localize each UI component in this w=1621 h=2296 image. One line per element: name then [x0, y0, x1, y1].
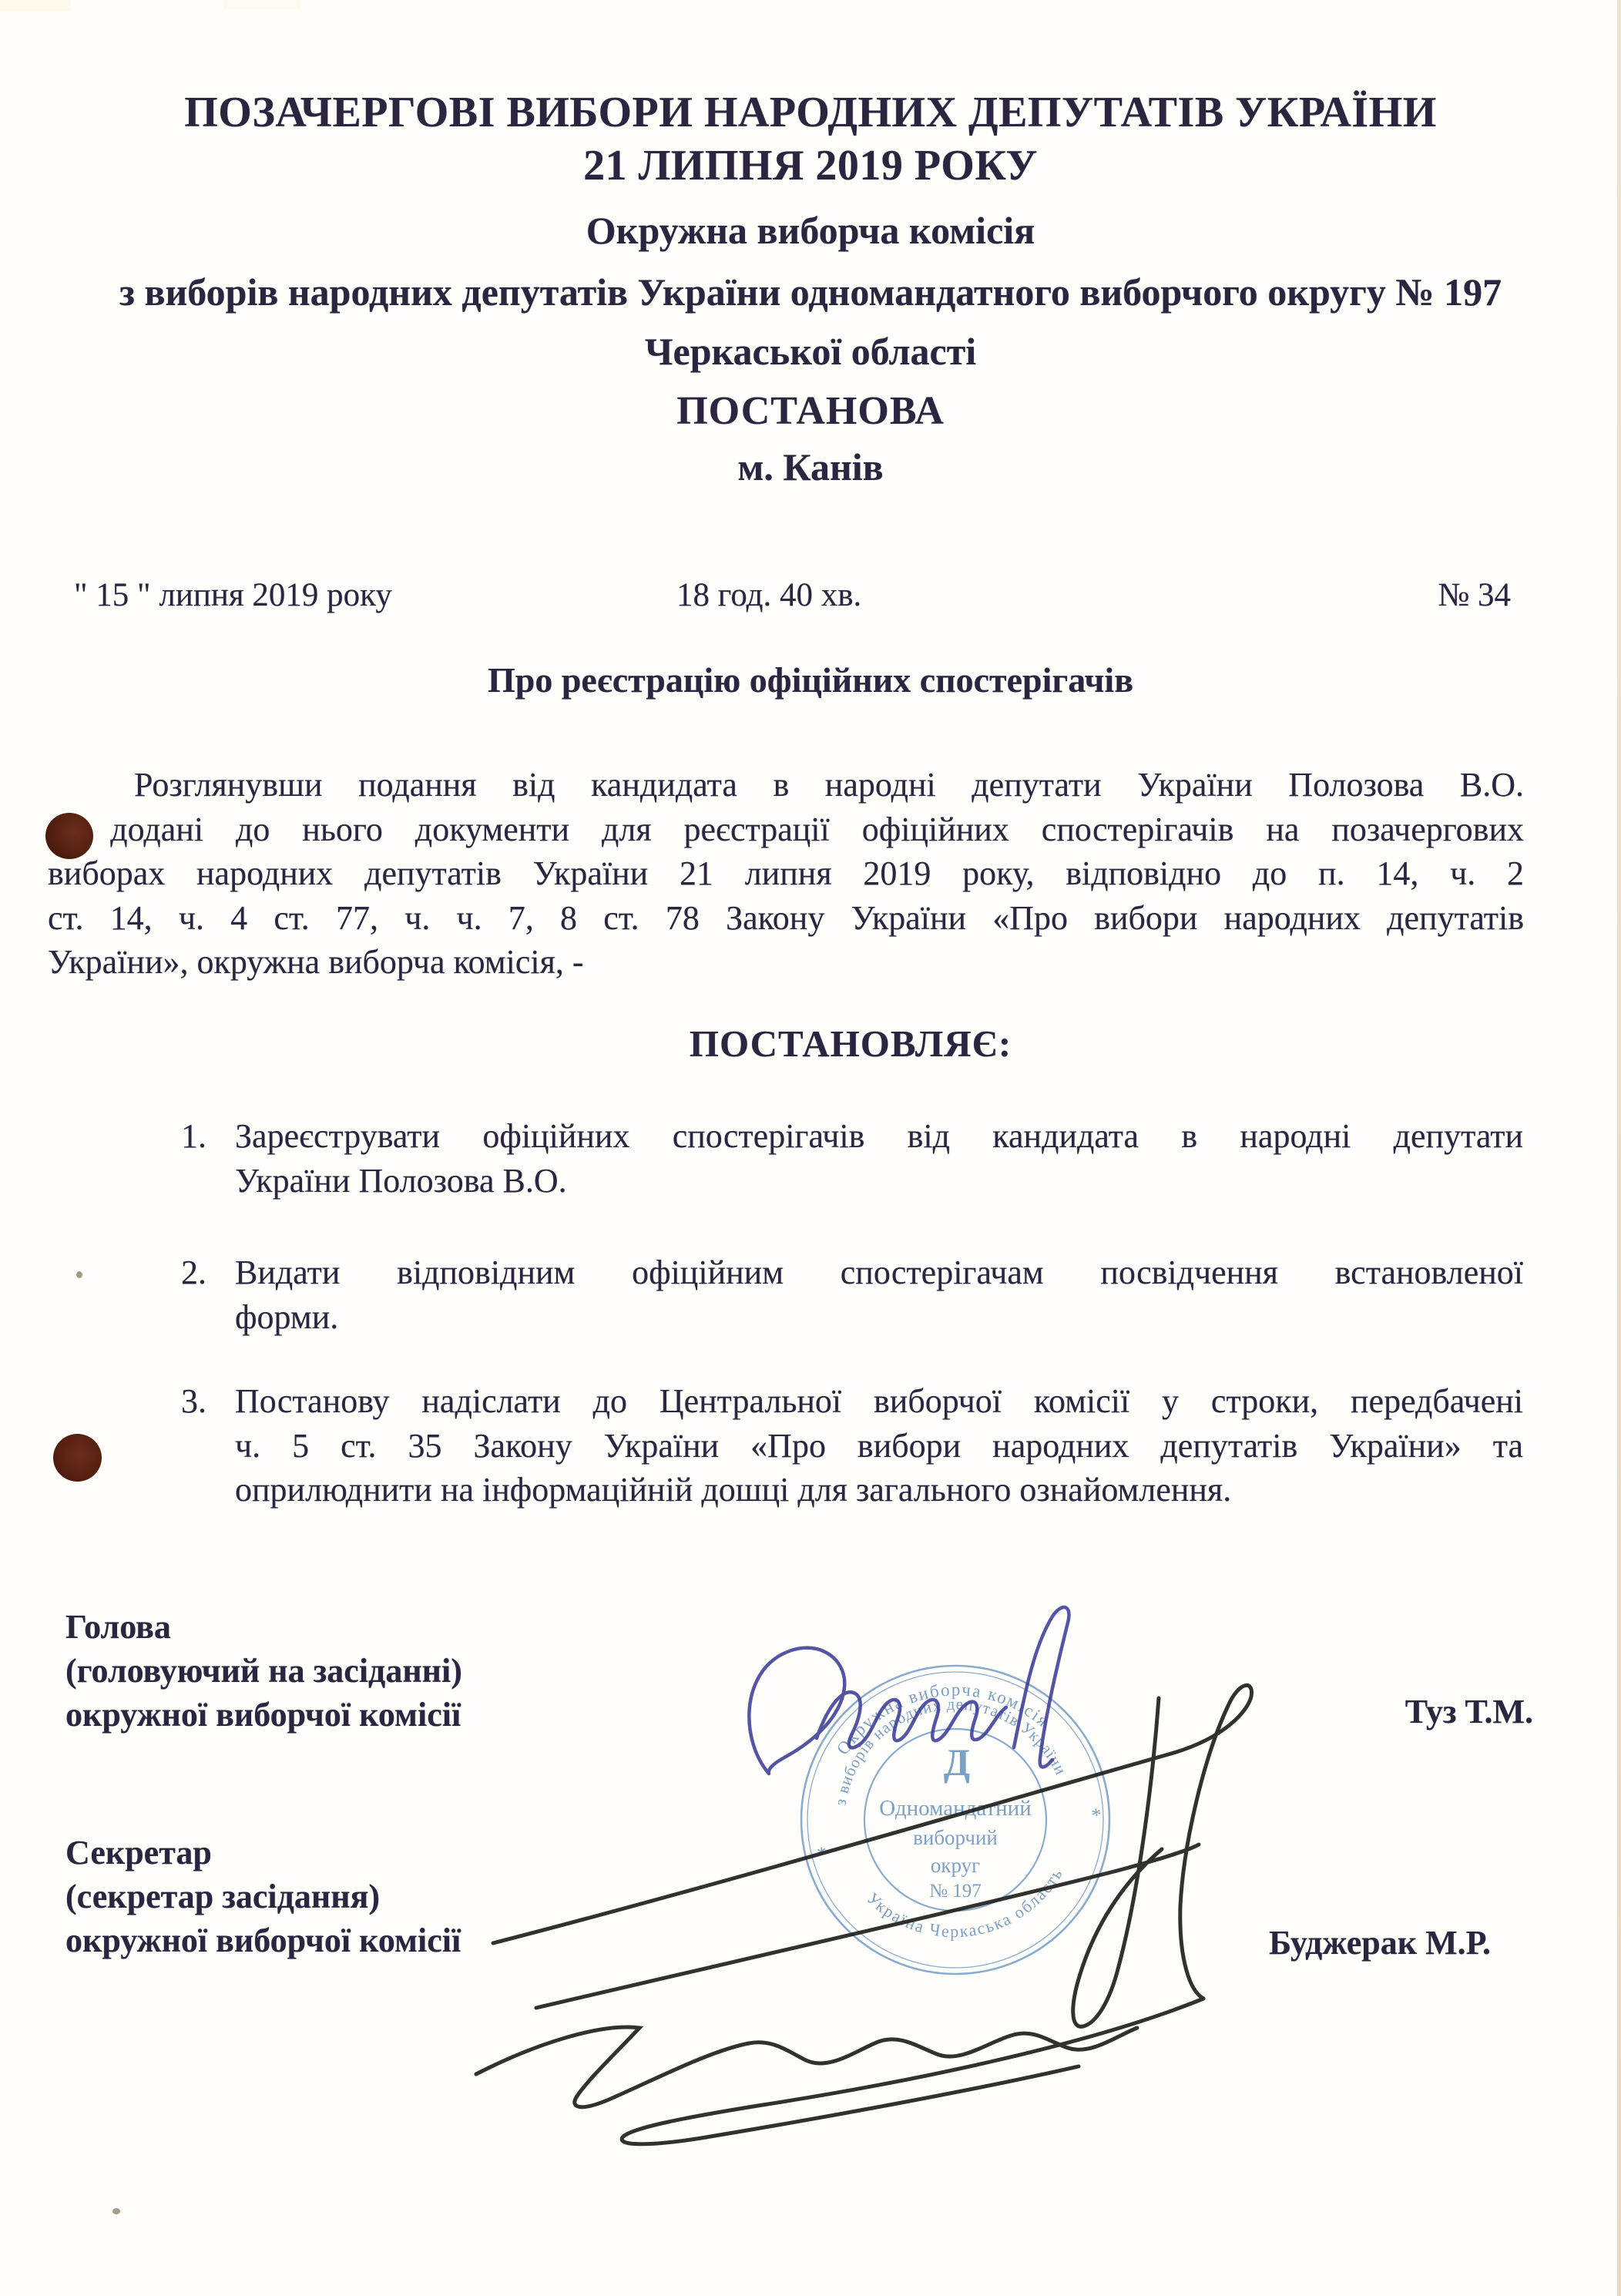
scan-edge-tint — [223, 0, 300, 9]
chairman-role-line: окружної виборчої комісії — [65, 1693, 462, 1737]
scan-speck — [76, 1271, 82, 1278]
secretary-role-line: Секретар — [65, 1831, 461, 1875]
commission-district: з виборів народних депутатів України одн… — [0, 270, 1621, 314]
item-line: Зареєструвати офіційних спостерігачів ві… — [235, 1114, 1523, 1159]
resolution-item-2: 2. Видати відповідним офіційним спостері… — [181, 1250, 1523, 1339]
hole-punch-bottom — [53, 1434, 102, 1482]
item-text: Постанову надіслати до Центральної вибор… — [235, 1379, 1523, 1512]
title-line-1: ПОЗАЧЕРГОВІ ВИБОРИ НАРОДНИХ ДЕПУТАТІВ УК… — [0, 86, 1621, 139]
scan-edge-tint — [0, 0, 71, 11]
item-number: 1. — [181, 1114, 235, 1203]
scan-edge-shadow — [1617, 0, 1621, 2296]
stamp-star-right: * — [1090, 1804, 1103, 1828]
stamp-center-letter: Д — [944, 1740, 970, 1784]
item-line: Видати відповідним офіційним спостерігач… — [235, 1250, 1523, 1295]
paragraph-line: Розглянувши подання від кандидата в наро… — [48, 763, 1524, 807]
chairman-role-block: Голова (головуючий на засіданні) окружно… — [65, 1605, 462, 1737]
paragraph-line: та додані до нього документи для реєстра… — [48, 807, 1524, 852]
secretary-role-line: окружної виборчої комісії — [65, 1918, 461, 1962]
scan-speck — [112, 2208, 120, 2214]
paragraph-line: виборах народних депутатів України 21 ли… — [48, 851, 1524, 896]
document-title: ПОЗАЧЕРГОВІ ВИБОРИ НАРОДНИХ ДЕПУТАТІВ УК… — [0, 86, 1621, 193]
paragraph-line: України», окружна виборча комісія, - — [48, 940, 1524, 985]
stamp-center-line: округ — [931, 1854, 980, 1877]
stamp-star-left: * — [815, 1842, 828, 1866]
title-line-2: 21 ЛИПНЯ 2019 РОКУ — [0, 139, 1621, 193]
item-line: ч. 5 ст. 35 Закону України «Про вибори н… — [235, 1424, 1523, 1469]
preamble-paragraph: Розглянувши подання від кандидата в наро… — [48, 763, 1524, 985]
hole-punch-top — [45, 813, 93, 859]
item-text: Зареєструвати офіційних спостерігачів ві… — [235, 1114, 1523, 1203]
secretary-role-line: (секретар засідання) — [65, 1875, 461, 1918]
commission-name: Окружна виборча комісія — [0, 208, 1621, 253]
item-text: Видати відповідним офіційним спостерігач… — [235, 1250, 1523, 1339]
stamp-center-line: виборчий — [913, 1826, 998, 1849]
item-line: форми. — [235, 1295, 1523, 1340]
paragraph-line: ст. 14, ч. 4 ст. 77, ч. ч. 7, 8 ст. 78 З… — [48, 896, 1524, 941]
secretary-role-block: Секретар (секретар засідання) окружної в… — [65, 1831, 461, 1962]
chairman-role-line: Голова — [65, 1605, 462, 1649]
document-date: " 15 " липня 2019 року — [74, 576, 392, 614]
item-number: 2. — [181, 1250, 235, 1339]
resolves-heading: ПОСТАНОВЛЯЄ: — [80, 1022, 1621, 1066]
document-type: ПОСТАНОВА — [0, 388, 1621, 434]
stamp-center-line: Одномандатний — [879, 1796, 1031, 1821]
item-line: Постанову надіслати до Центральної вибор… — [235, 1379, 1523, 1424]
stamp-center-text: Д Одномандатний виборчий округ № 197 — [879, 1740, 1031, 1902]
subject-line: Про реєстрацію офіційних спостерігачів — [0, 660, 1621, 700]
item-line: України Полозова В.О. — [235, 1159, 1523, 1203]
chairman-name: Туз Т.М. — [1405, 1692, 1533, 1731]
commission-stamp: Окружна виборча комісія з виборів народн… — [786, 1650, 1125, 1989]
document-page: ПОЗАЧЕРГОВІ ВИБОРИ НАРОДНИХ ДЕПУТАТІВ УК… — [0, 0, 1621, 2296]
item-line: оприлюднити на інформаційній дошці для з… — [235, 1468, 1523, 1512]
commission-region: Черкаської області — [0, 329, 1621, 374]
resolution-item-1: 1. Зареєструвати офіційних спостерігачів… — [181, 1114, 1523, 1203]
chairman-role-line: (головуючий на засіданні) — [65, 1649, 462, 1693]
document-time: 18 год. 40 хв. — [676, 576, 861, 614]
document-number: № 34 — [1438, 576, 1511, 614]
document-place: м. Канів — [0, 445, 1621, 489]
resolution-item-3: 3. Постанову надіслати до Центральної ви… — [181, 1379, 1523, 1512]
stamp-center-line: № 197 — [929, 1881, 982, 1902]
secretary-name: Буджерак М.Р. — [1269, 1923, 1491, 1962]
item-number: 3. — [181, 1379, 235, 1512]
